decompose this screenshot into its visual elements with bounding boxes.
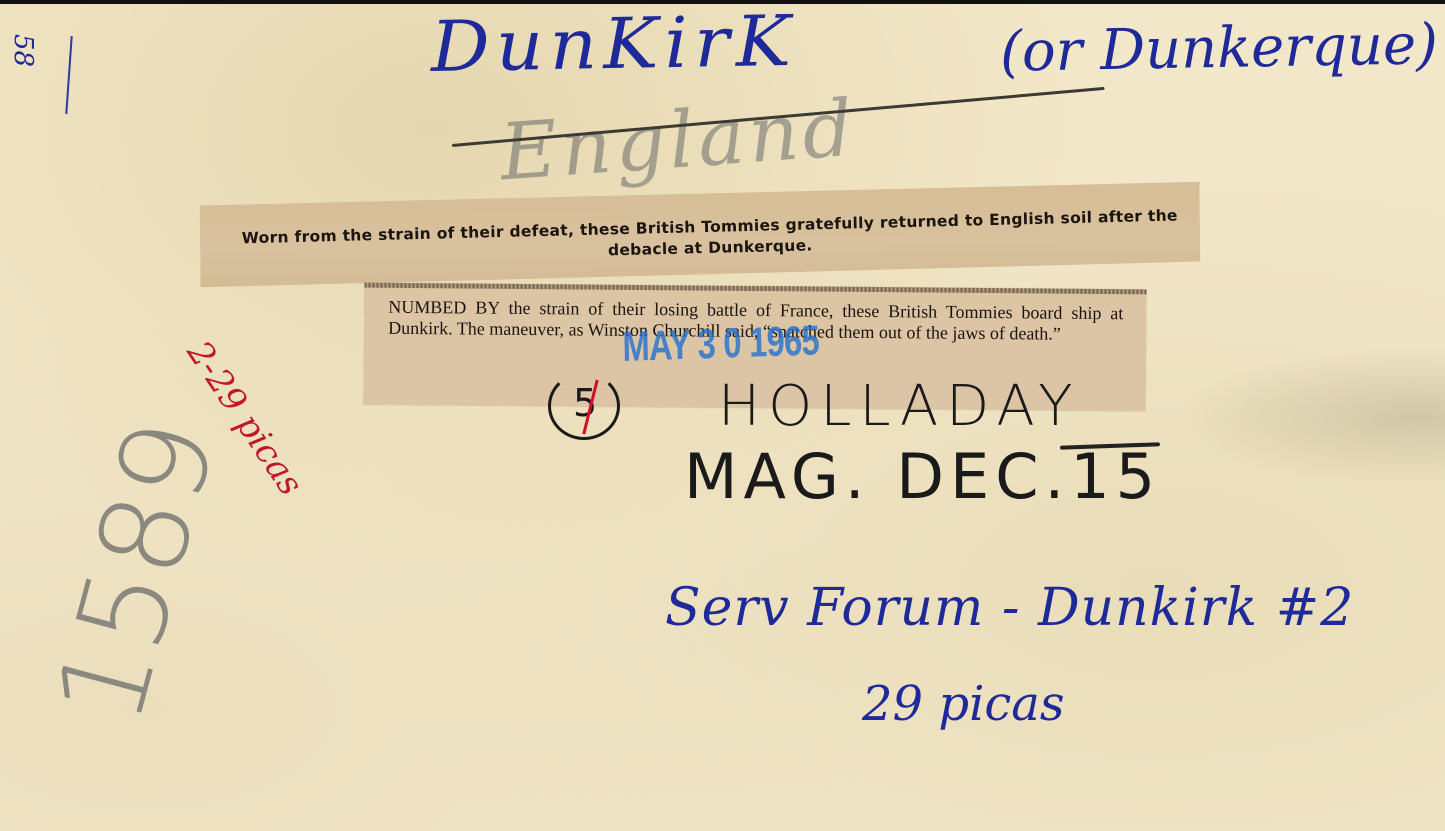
corner-number: 58 [8,34,38,67]
handwritten-title-alt: (or Dunkerque) [999,12,1438,85]
pencil-side-number: 1589 [40,409,235,735]
date-stamp: MAY 3 0 1965 [622,318,819,369]
circled-number: 5 [548,372,620,440]
clipping-1-text: Worn from the strain of their defeat, th… [220,205,1201,271]
picas-note: 29 picas [862,676,1065,732]
serv-forum-note: Serv Forum - Dunkirk #2 [665,578,1354,638]
magazine-date-note: MAG. DEC.15 [684,440,1161,513]
photo-back-sheet: DunKirK (or Dunkerque) England 58 1589 2… [0,4,1445,831]
crossed-out-word: England [497,84,859,199]
corner-line-mark [65,36,72,114]
clipping-caption-1: Worn from the strain of their defeat, th… [200,182,1201,287]
handwritten-title: DunKirK [430,0,798,88]
holladay-note: HOLLADAY [718,374,1080,439]
